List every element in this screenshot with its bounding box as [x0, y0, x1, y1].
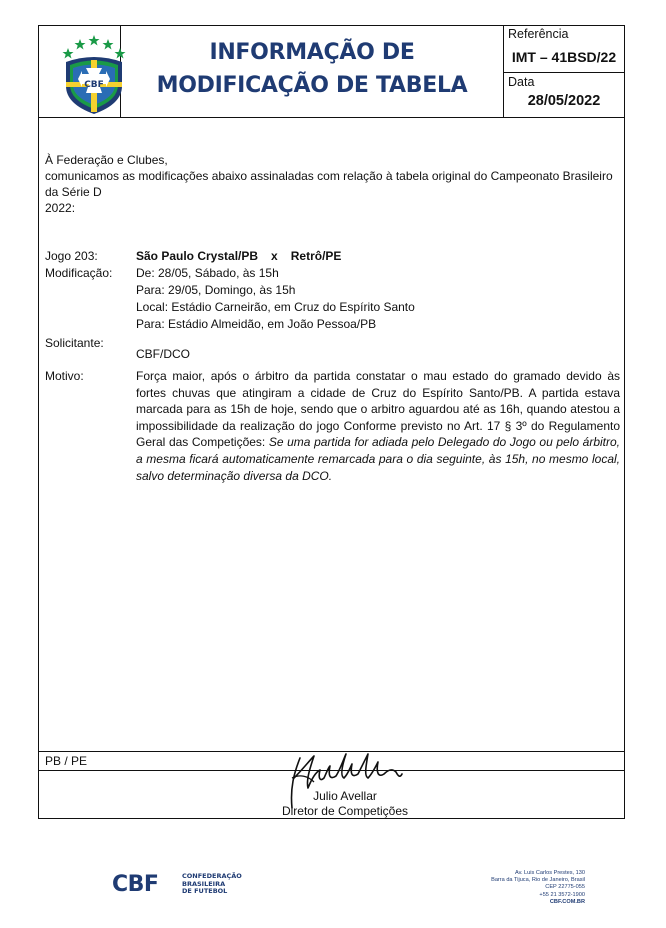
- signer-name: Julio Avellar: [270, 789, 420, 804]
- address-line: Barra da Tijuca, Rio de Janeiro, Brasil: [491, 877, 585, 884]
- modification-line: Para: Estádio Almeidão, em João Pessoa/P…: [136, 316, 415, 333]
- reference-label: Referência: [508, 27, 568, 41]
- match-line: São Paulo Crystal/PB x Retrô/PE: [136, 248, 341, 265]
- requester-label: Solicitante:: [45, 336, 104, 350]
- game-label: Jogo 203:: [45, 249, 98, 263]
- away-team: Retrô/PE: [291, 249, 342, 263]
- document-page: CBF INFORMAÇÃO DE MODIFICAÇÃO DE TABELA …: [0, 0, 666, 928]
- title-line-2: MODIFICAÇÃO DE TABELA: [121, 69, 503, 102]
- website-link[interactable]: CBF.COM.BR: [491, 899, 585, 906]
- svg-text:CBF: CBF: [84, 80, 104, 90]
- salutation: À Federação e Clubes,: [45, 152, 620, 168]
- title-line-1: INFORMAÇÃO DE: [121, 36, 503, 69]
- address-line: +55 21 3572-1900: [491, 892, 585, 899]
- cbf-crest-icon: CBF: [58, 30, 130, 116]
- states: PB / PE: [45, 754, 87, 768]
- intro-line-2: 2022:: [45, 200, 620, 216]
- intro-line-1: comunicamos as modificações abaixo assin…: [45, 168, 620, 200]
- modification-label: Modificação:: [45, 266, 112, 280]
- brand-line: DE FUTEBOL: [182, 888, 242, 896]
- footer-brand-name: CONFEDERAÇÃO BRASILEIRA DE FUTEBOL: [182, 873, 242, 896]
- modification-line: Para: 29/05, Domingo, às 15h: [136, 282, 415, 299]
- header-divider: [38, 117, 625, 118]
- date-label: Data: [508, 75, 534, 89]
- footer-address: Av. Luis Carlos Prestes, 130 Barra da Ti…: [491, 870, 585, 906]
- reason-text: Força maior, após o árbitro da partida c…: [136, 368, 620, 484]
- reference-value: IMT – 41BSD/22: [503, 49, 625, 65]
- modification-line: De: 28/05, Sábado, às 15h: [136, 265, 415, 282]
- modification-line: Local: Estádio Carneirão, em Cruz do Esp…: [136, 299, 415, 316]
- address-line: Av. Luis Carlos Prestes, 130: [491, 870, 585, 877]
- versus: x: [261, 248, 287, 265]
- intro-paragraph: À Federação e Clubes, comunicamos as mod…: [45, 152, 620, 216]
- home-team: São Paulo Crystal/PB: [136, 249, 258, 263]
- reason-label: Motivo:: [45, 369, 84, 383]
- modification-lines: De: 28/05, Sábado, às 15h Para: 29/05, D…: [136, 265, 415, 333]
- reference-date-divider: [503, 72, 625, 73]
- requester-value: CBF/DCO: [136, 346, 190, 363]
- signer-role: Diretor de Competições: [270, 804, 420, 819]
- address-line: CEP 22775-055: [491, 884, 585, 891]
- signer-block: Julio Avellar Diretor de Competições: [270, 789, 420, 819]
- footer-brand-acronym: CBF: [112, 872, 158, 897]
- date-value: 28/05/2022: [503, 93, 625, 109]
- document-title: INFORMAÇÃO DE MODIFICAÇÃO DE TABELA: [121, 36, 503, 102]
